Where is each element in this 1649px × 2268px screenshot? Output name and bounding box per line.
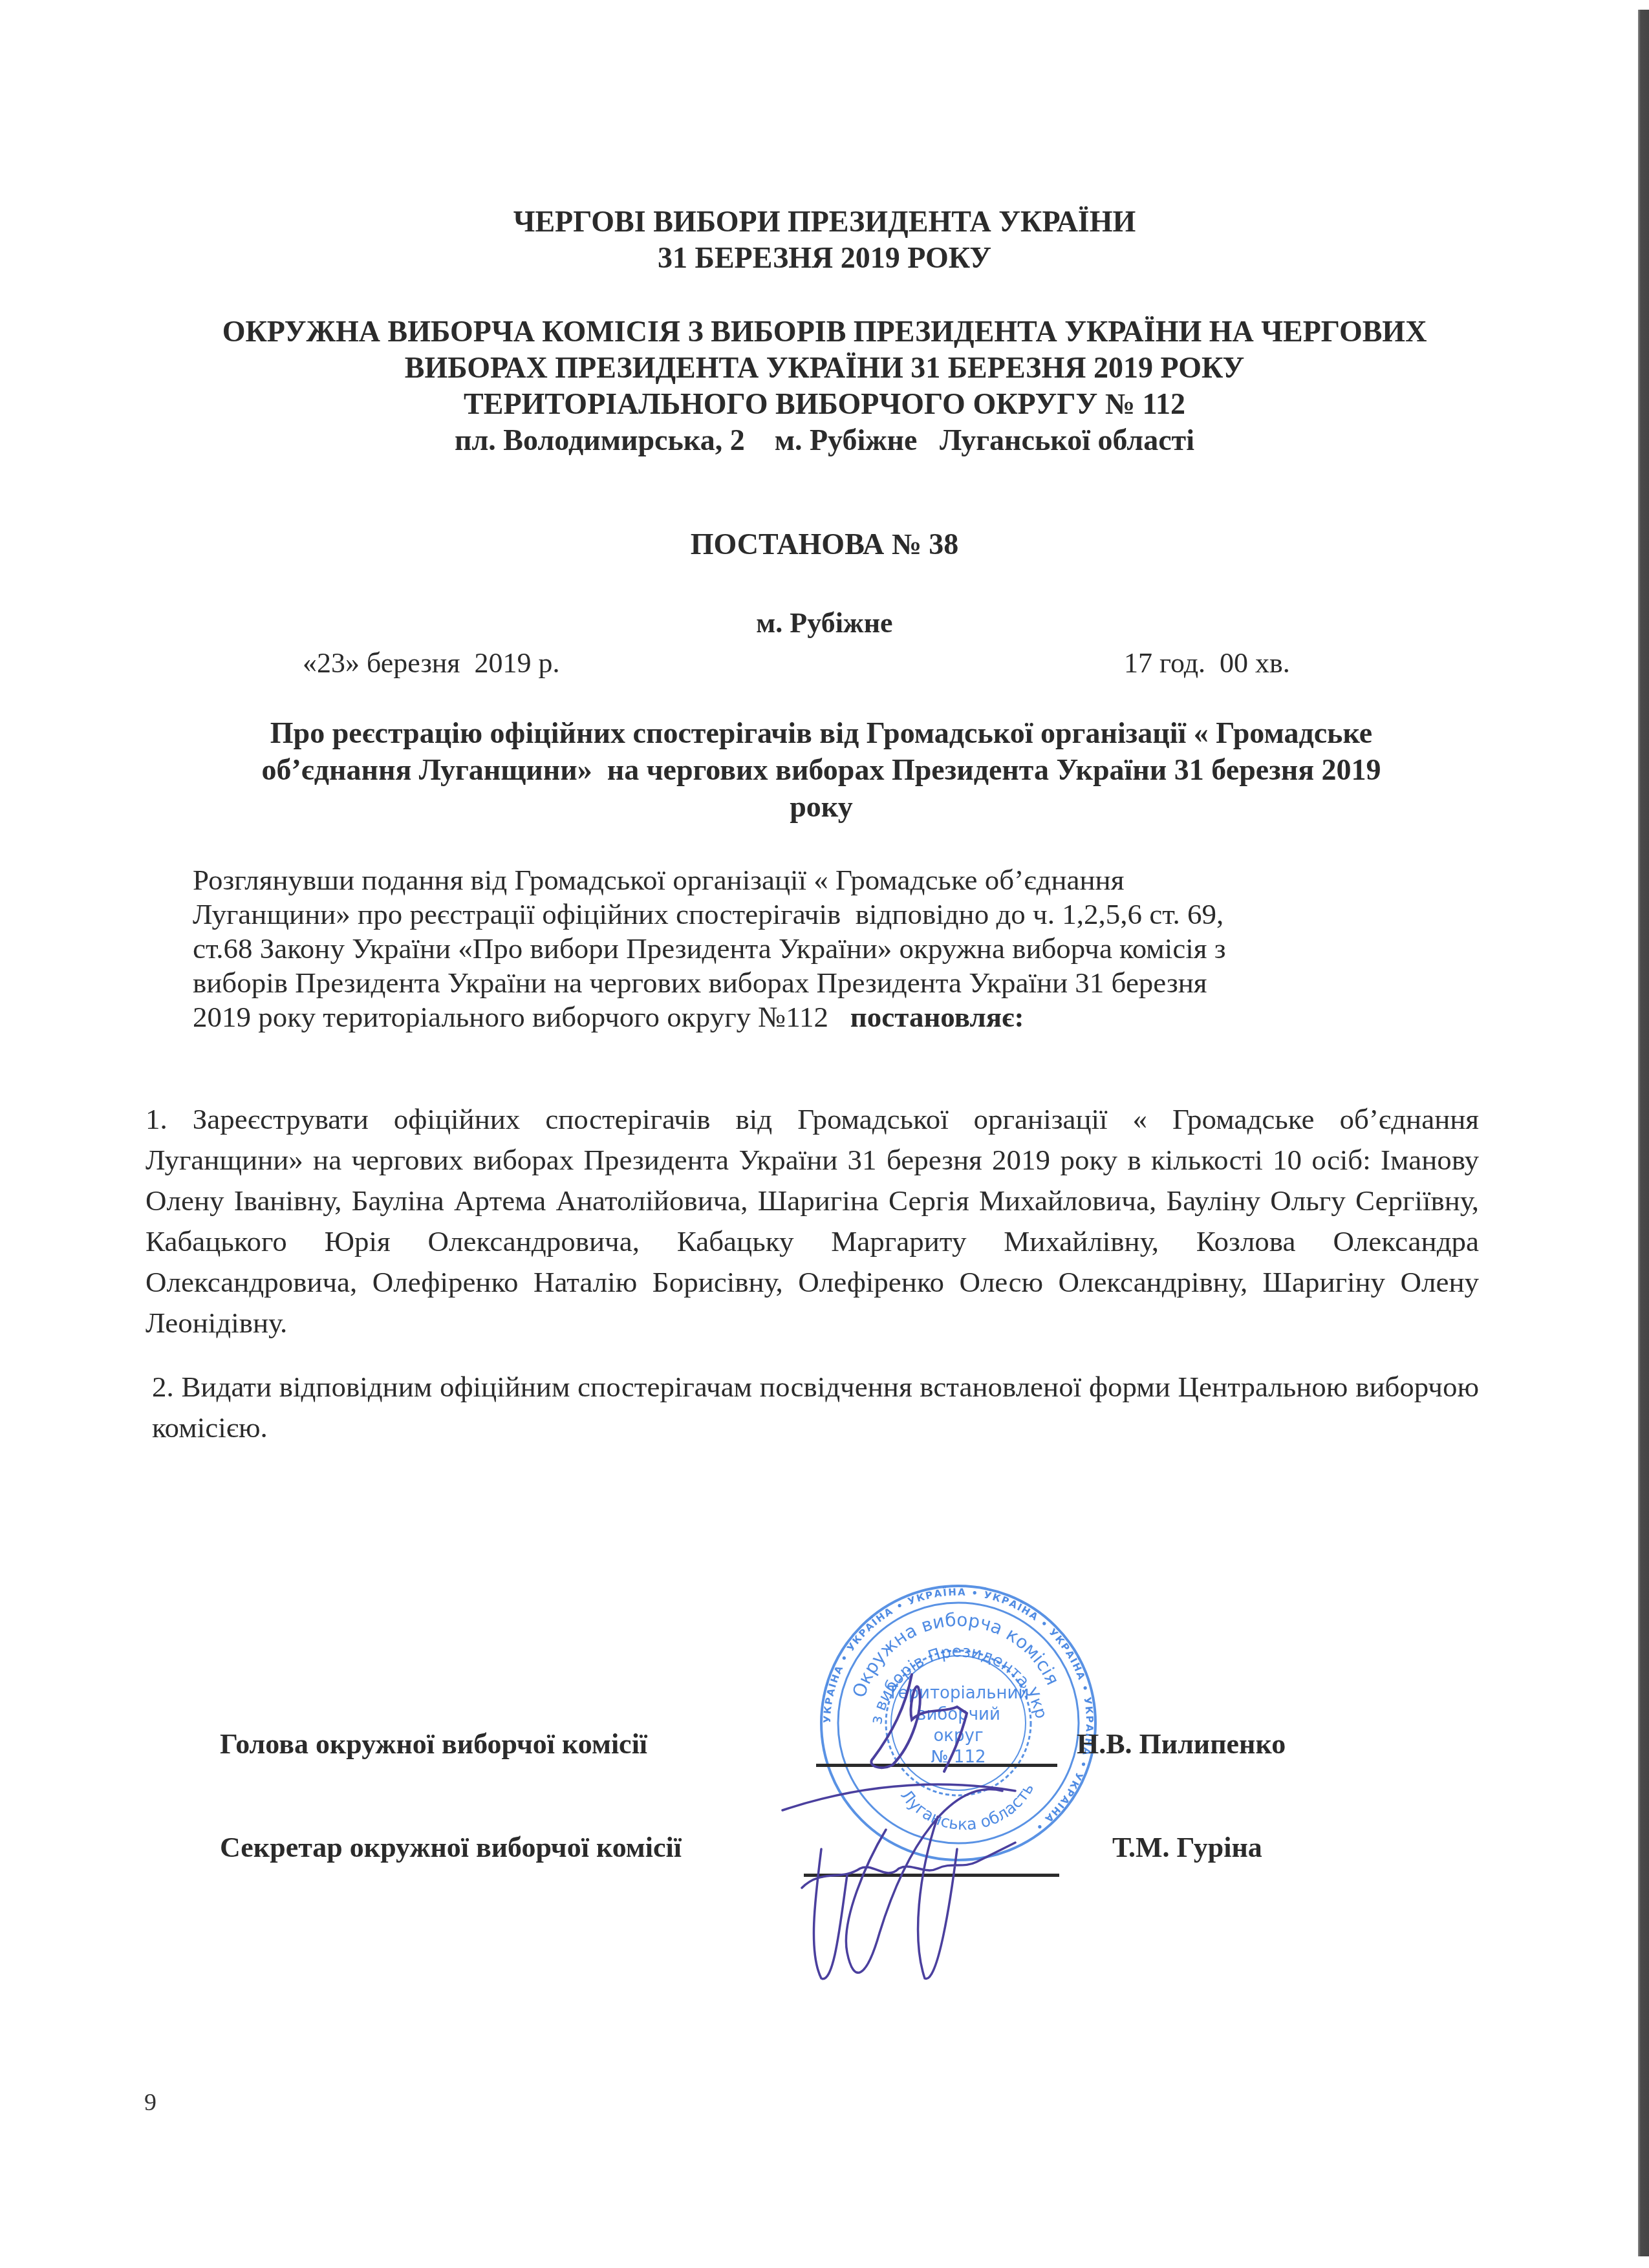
chair-name: Н.В. Пилипенко <box>1077 1728 1286 1760</box>
secretary-role: Секретар окружної виборчої комісії <box>220 1831 682 1864</box>
secretary-name: Т.М. Гуріна <box>1112 1831 1262 1864</box>
item-text: Зареєструвати офіційних спостерігачів ві… <box>145 1103 1479 1339</box>
decree-title: ПОСТАНОВА № 38 <box>0 527 1649 561</box>
election-date-line: 31 БЕРЕЗНЯ 2019 РОКУ <box>0 240 1649 276</box>
preamble-line: Луганщини» про реєстрації офіційних спос… <box>193 897 1473 932</box>
subject-line: Про реєстрацію офіційних спостерігачів в… <box>162 714 1481 751</box>
preamble-paragraph: Розглянувши подання від Громадської орга… <box>193 863 1473 1034</box>
preamble-line: виборів Президента України на чергових в… <box>193 966 1473 1000</box>
subject-line: об’єднання Луганщини» на чергових вибора… <box>162 751 1481 788</box>
chair-role: Голова окружної виборчої комісії <box>220 1728 647 1760</box>
election-title-line: ЧЕРГОВІ ВИБОРИ ПРЕЗИДЕНТА УКРАЇНИ <box>0 204 1649 240</box>
preamble-line: Розглянувши подання від Громадської орга… <box>193 863 1473 897</box>
preamble-line-last: 2019 року територіального виборчого окру… <box>193 1000 1473 1034</box>
item-text: Видати відповідним офіційним спостерігач… <box>152 1371 1479 1444</box>
chair-signature-icon <box>854 1668 1022 1778</box>
subject-line: року <box>162 788 1481 825</box>
commission-line: ОКРУЖНА ВИБОРЧА КОМІСІЯ З ВИБОРІВ ПРЕЗИД… <box>0 314 1649 350</box>
preamble-line: ст.68 Закону України «Про вибори Президе… <box>193 932 1473 966</box>
resolves-keyword: постановляє: <box>850 1001 1024 1033</box>
commission-line: ТЕРИТОРІАЛЬНОГО ВИБОРЧОГО ОКРУГУ № 112 <box>0 386 1649 422</box>
decree-city: м. Рубіжне <box>0 606 1649 639</box>
commission-heading: ОКРУЖНА ВИБОРЧА КОМІСІЯ З ВИБОРІВ ПРЕЗИД… <box>0 314 1649 458</box>
preamble-line: 2019 року територіального виборчого окру… <box>193 1001 850 1033</box>
secretary-signature-icon <box>744 1771 1067 1991</box>
item-number: 2. <box>152 1371 174 1403</box>
decree-item-2: 2. Видати відповідним офіційним спостері… <box>152 1367 1479 1448</box>
document-page: ЧЕРГОВІ ВИБОРИ ПРЕЗИДЕНТА УКРАЇНИ 31 БЕР… <box>0 0 1649 2268</box>
decree-item-1: 1. Зареєструвати офіційних спостерігачів… <box>145 1099 1479 1343</box>
item-number: 1. <box>145 1103 167 1135</box>
decree-time: 17 год. 00 хв. <box>1124 647 1290 679</box>
election-title: ЧЕРГОВІ ВИБОРИ ПРЕЗИДЕНТА УКРАЇНИ 31 БЕР… <box>0 204 1649 276</box>
page-number: 9 <box>144 2088 156 2117</box>
decree-subject: Про реєстрацію офіційних спостерігачів в… <box>162 714 1481 825</box>
commission-line: ВИБОРАХ ПРЕЗИДЕНТА УКРАЇНИ 31 БЕРЕЗНЯ 20… <box>0 350 1649 386</box>
commission-address: пл. Володимирська, 2 м. Рубіжне Луганськ… <box>0 422 1649 458</box>
decree-date: «23» березня 2019 р. <box>303 647 560 679</box>
